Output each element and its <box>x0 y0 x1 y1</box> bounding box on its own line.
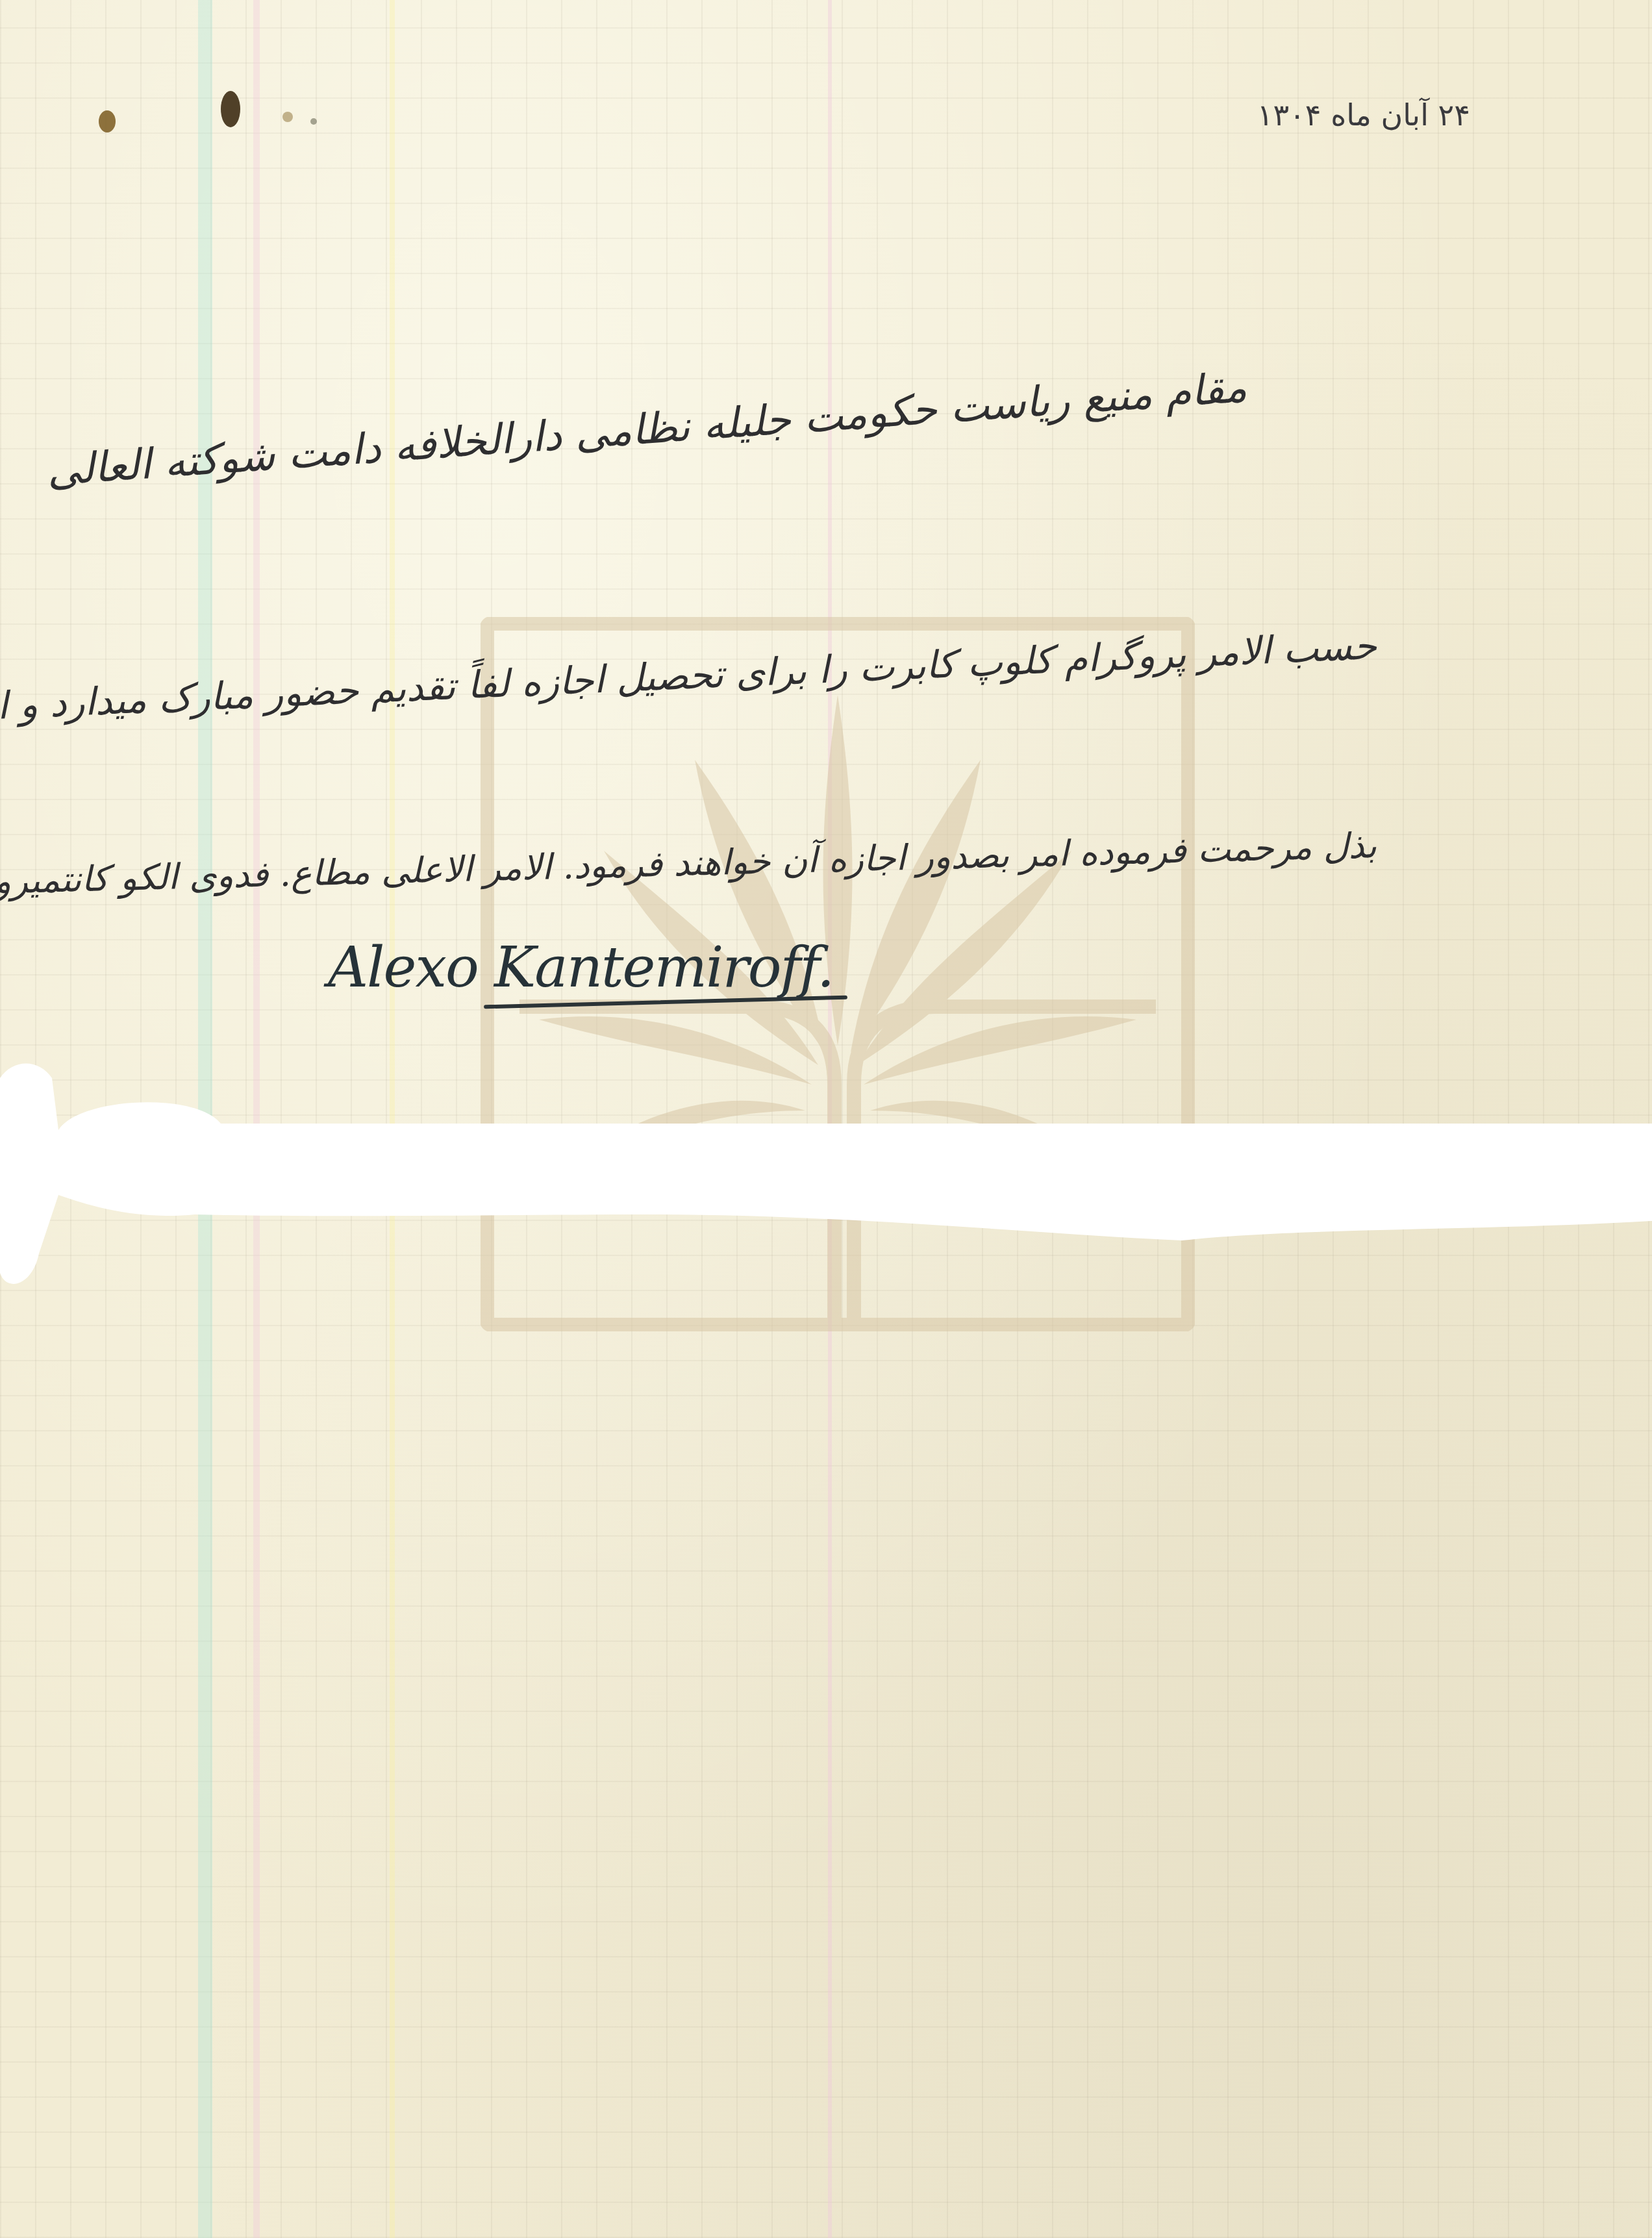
ink-stain <box>310 118 317 125</box>
ink-stain <box>282 112 293 122</box>
ink-stain <box>221 91 240 127</box>
ink-stain <box>99 110 116 132</box>
letter-date: ۲۴ آبان ماه ۱۳۰۴ <box>1257 97 1470 132</box>
torn-paper-redaction <box>0 1052 1652 1299</box>
signature: Alexo Kantemiroff. <box>328 935 833 1000</box>
